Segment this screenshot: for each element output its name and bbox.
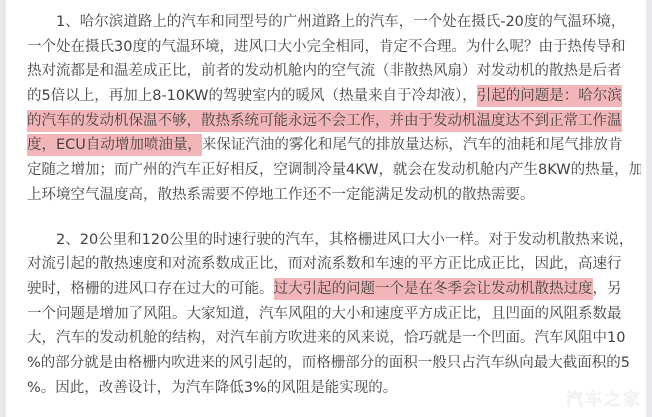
article-content: 1、哈尔滨道路上的汽车和同型号的广州道路上的汽车，一个处在摄氏-20度的气温环境…: [6, 0, 646, 417]
text-segment: 来保证汽油的雾化和尾气的排放量达标，汽车的油耗和尾气排放肯: [202, 137, 623, 153]
text-line: 驶时，格栅的进风口存在过大的可能。过大引起的问题一个是在冬季会让发动机散热过度，…: [27, 277, 641, 302]
highlighted-text: 引起的问题是：哈尔滨: [477, 85, 622, 107]
text-line: 的汽车的发动机保温不够，散热系统可能永远不会工作，并由于发动机温度达不到正常工作…: [27, 109, 641, 134]
text-segment: 驶时，格栅的进风口存在过大的可能。: [27, 281, 274, 297]
text-line: 一个处在摄氏30度的气温环境，进风口大小完全相同，肯定不合理。为什么呢？由于热传…: [27, 35, 641, 60]
text-line: 定随之增加；而广州的汽车正好相反，空调制冷量4KW，就会在发动机舱内产生8KW的…: [27, 158, 641, 183]
paragraph-1: 1、哈尔滨道路上的汽车和同型号的广州道路上的汽车，一个处在摄氏-20度的气温环境…: [27, 10, 641, 208]
watermark-autohome: 汽车之家: [566, 388, 642, 413]
text-line: 对流引起的散热速度和对流系数成正比，而对流系数和车速的平方正比成正比，因此，高速…: [27, 252, 641, 277]
text-segment: ，另: [593, 281, 622, 297]
highlighted-text: 的汽车的发动机保温不够，散热系统可能永远不会工作，并由于发动机温度达不到正常工作…: [27, 110, 622, 132]
text-line: 的5倍以上，再加上8-10KW的驾驶室内的暖风（热量来自于冷却液），引起的问题是…: [27, 84, 641, 109]
text-line: 1、哈尔滨道路上的汽车和同型号的广州道路上的汽车，一个处在摄氏-20度的气温环境…: [27, 10, 641, 35]
text-line: 上环境空气温度高，散热系需要不停地工作还不一定能满足发动机的散热需要。: [27, 183, 641, 208]
right-gutter: [646, 0, 652, 417]
article-page: 1、哈尔滨道路上的汽车和同型号的广州道路上的汽车，一个处在摄氏-20度的气温环境…: [0, 0, 652, 417]
highlighted-text: 过大引起的问题一个是在冬季会让发动机散热过度: [274, 278, 593, 300]
text-segment: 的5倍以上，再加上8-10KW的驾驶室内的暖风（热量来自于冷却液），: [27, 88, 477, 104]
text-line: %的部分就是由格栅内吹进来的风引起的，而格栅部分的面积一般只占汽车纵向最大截面积…: [27, 351, 641, 376]
highlighted-text: 度，ECU自动增加喷油量，: [27, 134, 202, 156]
text-line: 热对流都是和温差成正比，前者的发动机舱内的空气流（非散热风扇）对发动机的散热是后…: [27, 59, 641, 84]
text-line: 一个问题是增加了风阻。大家知道，汽车风阻的大小和速度平方成正比，且凹面的风阻系数…: [27, 302, 641, 327]
text-line: 度，ECU自动增加喷油量，来保证汽油的雾化和尾气的排放量达标，汽车的油耗和尾气排…: [27, 133, 641, 158]
text-line: 大，汽车的发动机舱的结构，对汽车前方吹进来的风来说，恰巧就是一个凹面。汽车风阻中…: [27, 326, 641, 351]
paragraph-2: 2、20公里和120公里的时速行驶的汽车，其格栅进风口大小一样。对于发动机散热来…: [27, 228, 641, 401]
text-line: 2、20公里和120公里的时速行驶的汽车，其格栅进风口大小一样。对于发动机散热来…: [27, 228, 641, 253]
text-line: %。因此，改善设计，为汽车降低3%的风阻是能实现的。: [27, 376, 641, 401]
